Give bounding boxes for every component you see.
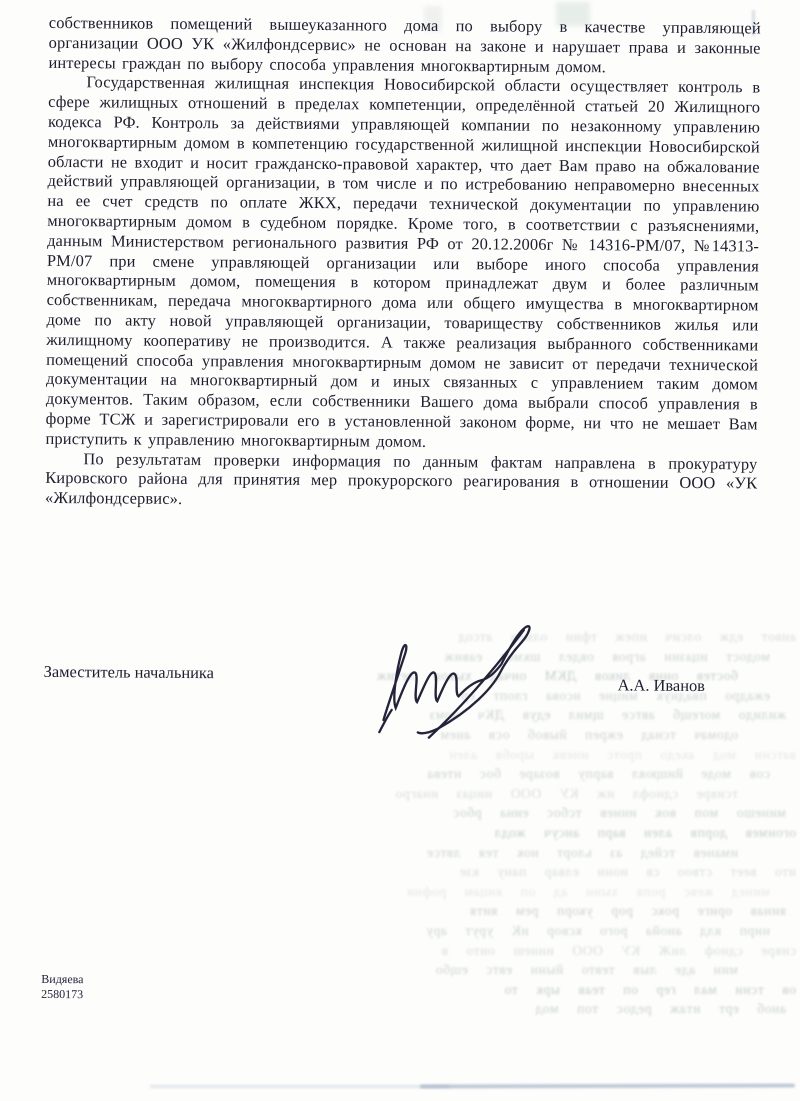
handwritten-signature xyxy=(373,618,546,741)
scan-smear-line xyxy=(150,1085,450,1088)
executor-note: Видяева 2580173 xyxy=(41,972,83,1001)
executor-phone: 2580173 xyxy=(41,986,83,1001)
executor-name: Видяева xyxy=(41,972,83,987)
paragraph-prosecutor-referral: По результатам проверки информация по да… xyxy=(45,448,757,513)
letter-body: собственников помещений вышеуказанного д… xyxy=(45,13,761,513)
signer-name: А.А. Иванов xyxy=(618,675,705,696)
scanned-letter-page: анвот едж олсич ипеж тфин олмев атсод мо… xyxy=(0,0,800,1101)
paragraph-continuation: собственников помещений вышеуказанного д… xyxy=(48,13,760,78)
paragraph-inspection-competence: Государственная жилищная инспекция Новос… xyxy=(45,72,760,454)
signer-title: Заместитель начальника xyxy=(44,662,214,683)
letter-content: собственников помещений вышеуказанного д… xyxy=(0,0,800,1101)
